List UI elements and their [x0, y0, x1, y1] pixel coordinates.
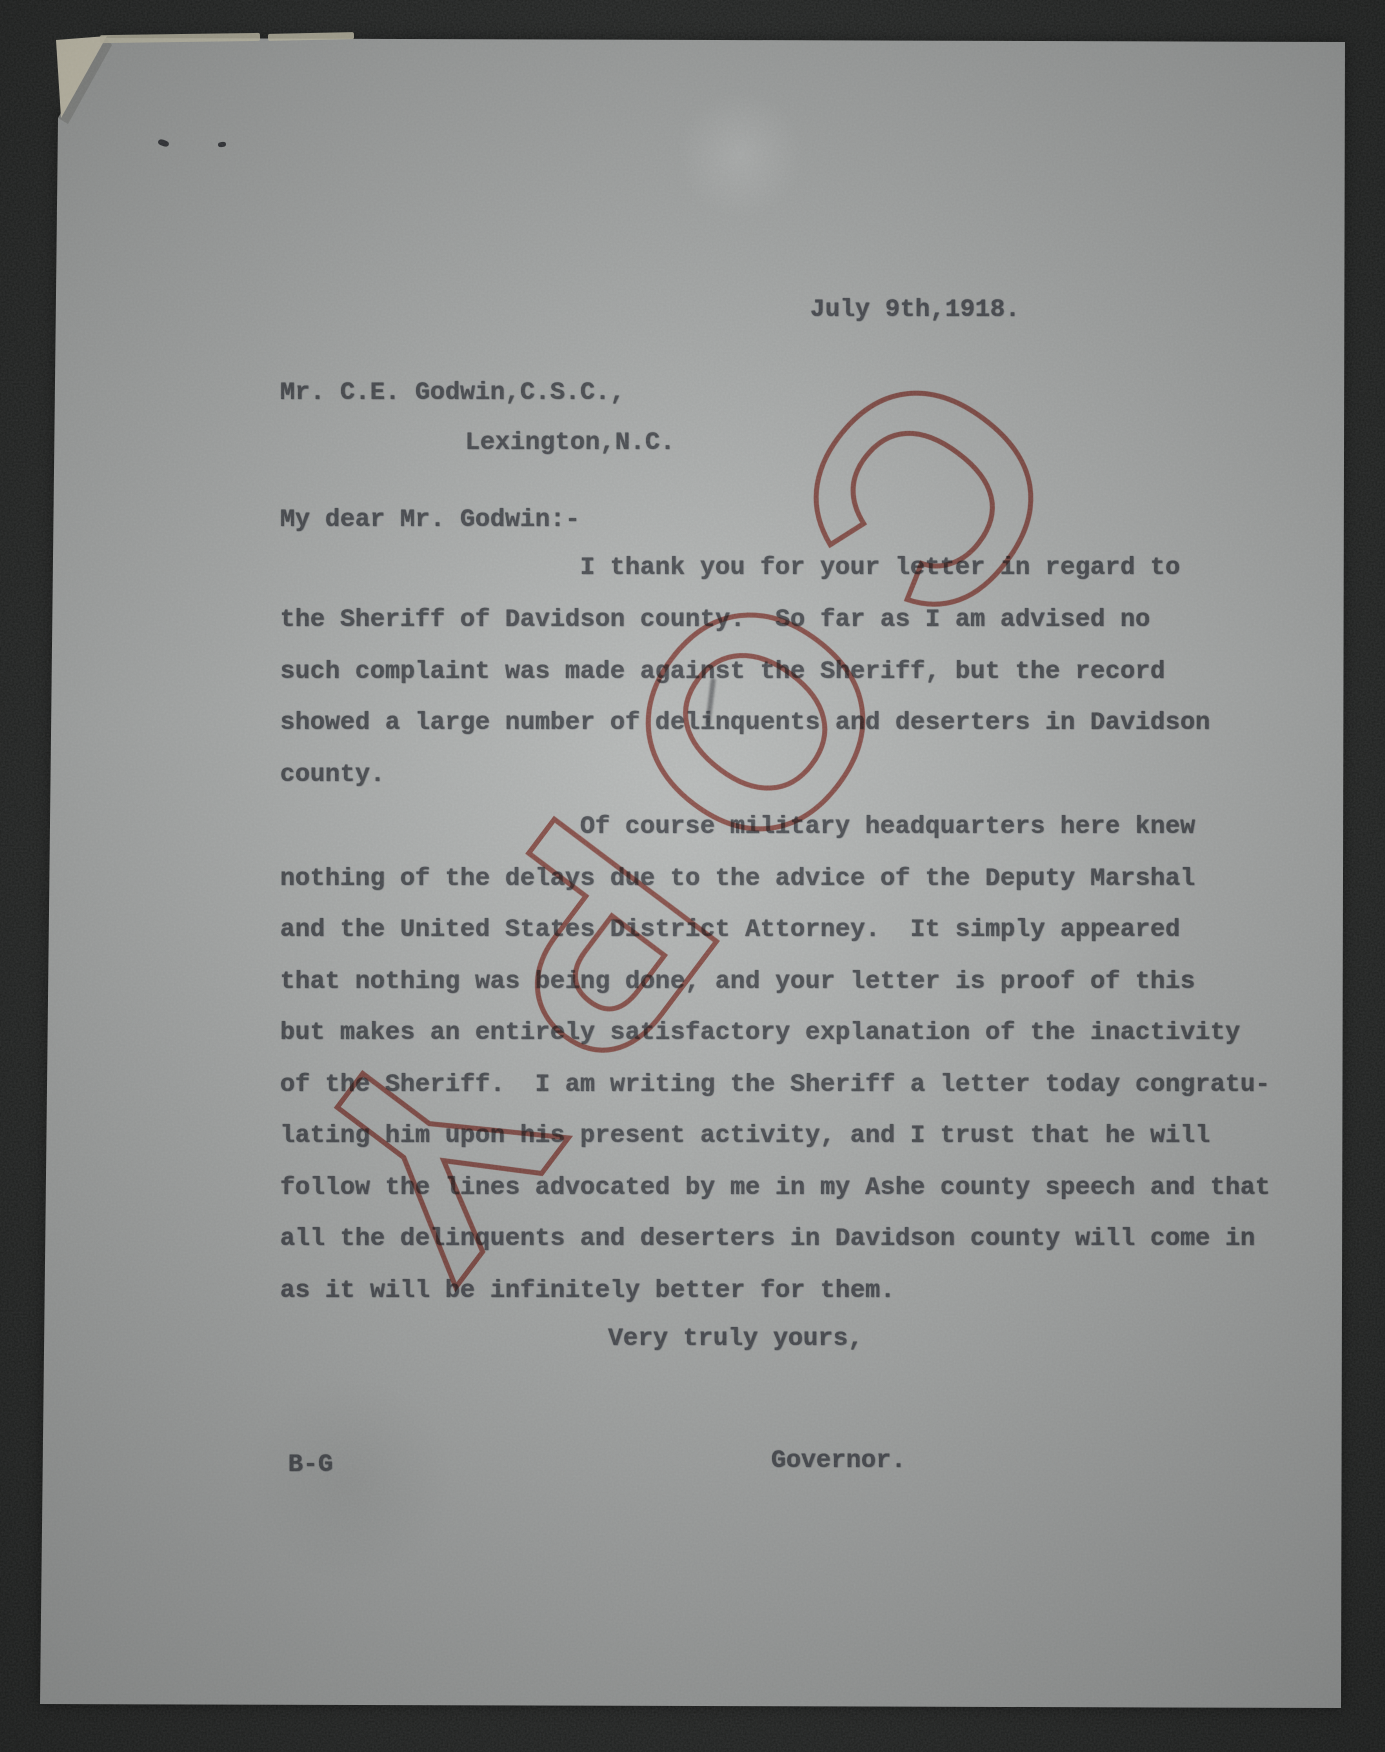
- typist-initials: B-G: [288, 1450, 333, 1479]
- recipient-name-line: Mr. C.E. Godwin,C.S.C.,: [280, 378, 625, 407]
- signature-title: Governor.: [771, 1446, 906, 1475]
- body-line: county.: [280, 760, 385, 789]
- salutation-line: My dear Mr. Godwin:-: [280, 505, 580, 534]
- paper-shadow-wrap: July 9th,1918. Mr. C.E. Godwin,C.S.C., L…: [0, 0, 1385, 1752]
- recipient-place-line: Lexington,N.C.: [465, 428, 675, 457]
- letter-paper: July 9th,1918. Mr. C.E. Godwin,C.S.C., L…: [0, 0, 1385, 1752]
- date-line: July 9th,1918.: [810, 295, 1020, 324]
- closing-line: Very truly yours,: [608, 1324, 863, 1353]
- scanned-letter-page: July 9th,1918. Mr. C.E. Godwin,C.S.C., L…: [0, 0, 1385, 1752]
